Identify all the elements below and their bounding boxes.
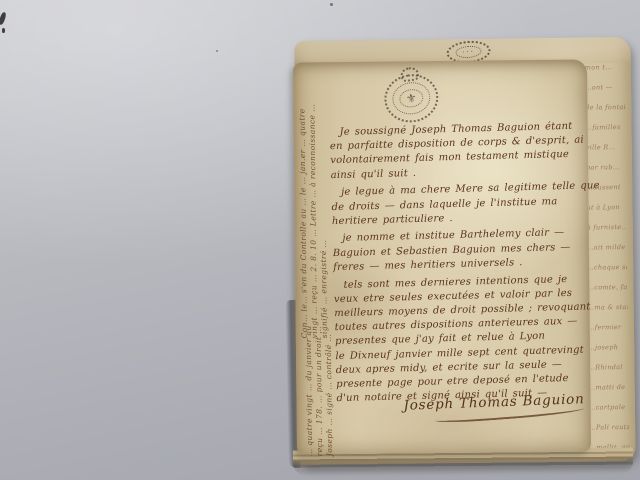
text-fragment: …joseph: [588, 337, 628, 357]
dust-speck: [0, 12, 7, 26]
text-fragment: …chaque san: [587, 257, 627, 277]
text-fragment: …Rhindal: [588, 357, 628, 377]
text-fragment: ut à Lyon: [586, 197, 626, 217]
signature-block: Joseph Thomas Baguion: [403, 391, 585, 423]
margin-registration-note-lower: … quatre vingt … du janvier au reçu … 17…: [303, 304, 335, 456]
text-fragment: de la fontai…: [585, 97, 625, 117]
text-fragment: …familles: [585, 117, 625, 137]
testament-text: Je soussigné Joseph Thomas Baguion étant…: [329, 120, 590, 407]
fleur-de-lis-glyph: ⚜: [380, 67, 443, 129]
text-fragment: …cartpale: [589, 397, 629, 417]
text-fragment: …ont —: [585, 77, 625, 97]
text-fragment: …Pali rautz: [589, 417, 629, 437]
text-fragment: …ait milde: [587, 237, 627, 257]
text-fragment: …ma & stal: [588, 297, 628, 317]
manuscript-page: ⚜ Con… le… s'en du Controlle au … le … j…: [293, 59, 591, 454]
text-fragment: mon t…: [585, 57, 625, 77]
text-fragment: …fermier: [588, 317, 628, 337]
text-fragment: ville R…: [586, 137, 626, 157]
photo-scene: ··· mon t……ont —de la fontai……famillesvi…: [0, 0, 640, 480]
margin-registration-note-upper: Con… le… s'en du Controlle au … le … jan…: [297, 100, 329, 338]
text-fragment: …comte, fanil: [587, 277, 627, 297]
text-fragment: par rub…: [586, 157, 626, 177]
dust-speck: [216, 50, 218, 52]
fleur-de-lis-tax-stamp-icon: ⚜: [380, 67, 443, 129]
text-fragment: à furniste…: [587, 217, 627, 237]
dust-speck: [330, 3, 333, 6]
under-sheet-text-fragments: mon t……ont —de la fontai……famillesville …: [585, 57, 630, 477]
text-fragment: …matti de: [589, 377, 629, 397]
dust-speck: [2, 28, 5, 33]
